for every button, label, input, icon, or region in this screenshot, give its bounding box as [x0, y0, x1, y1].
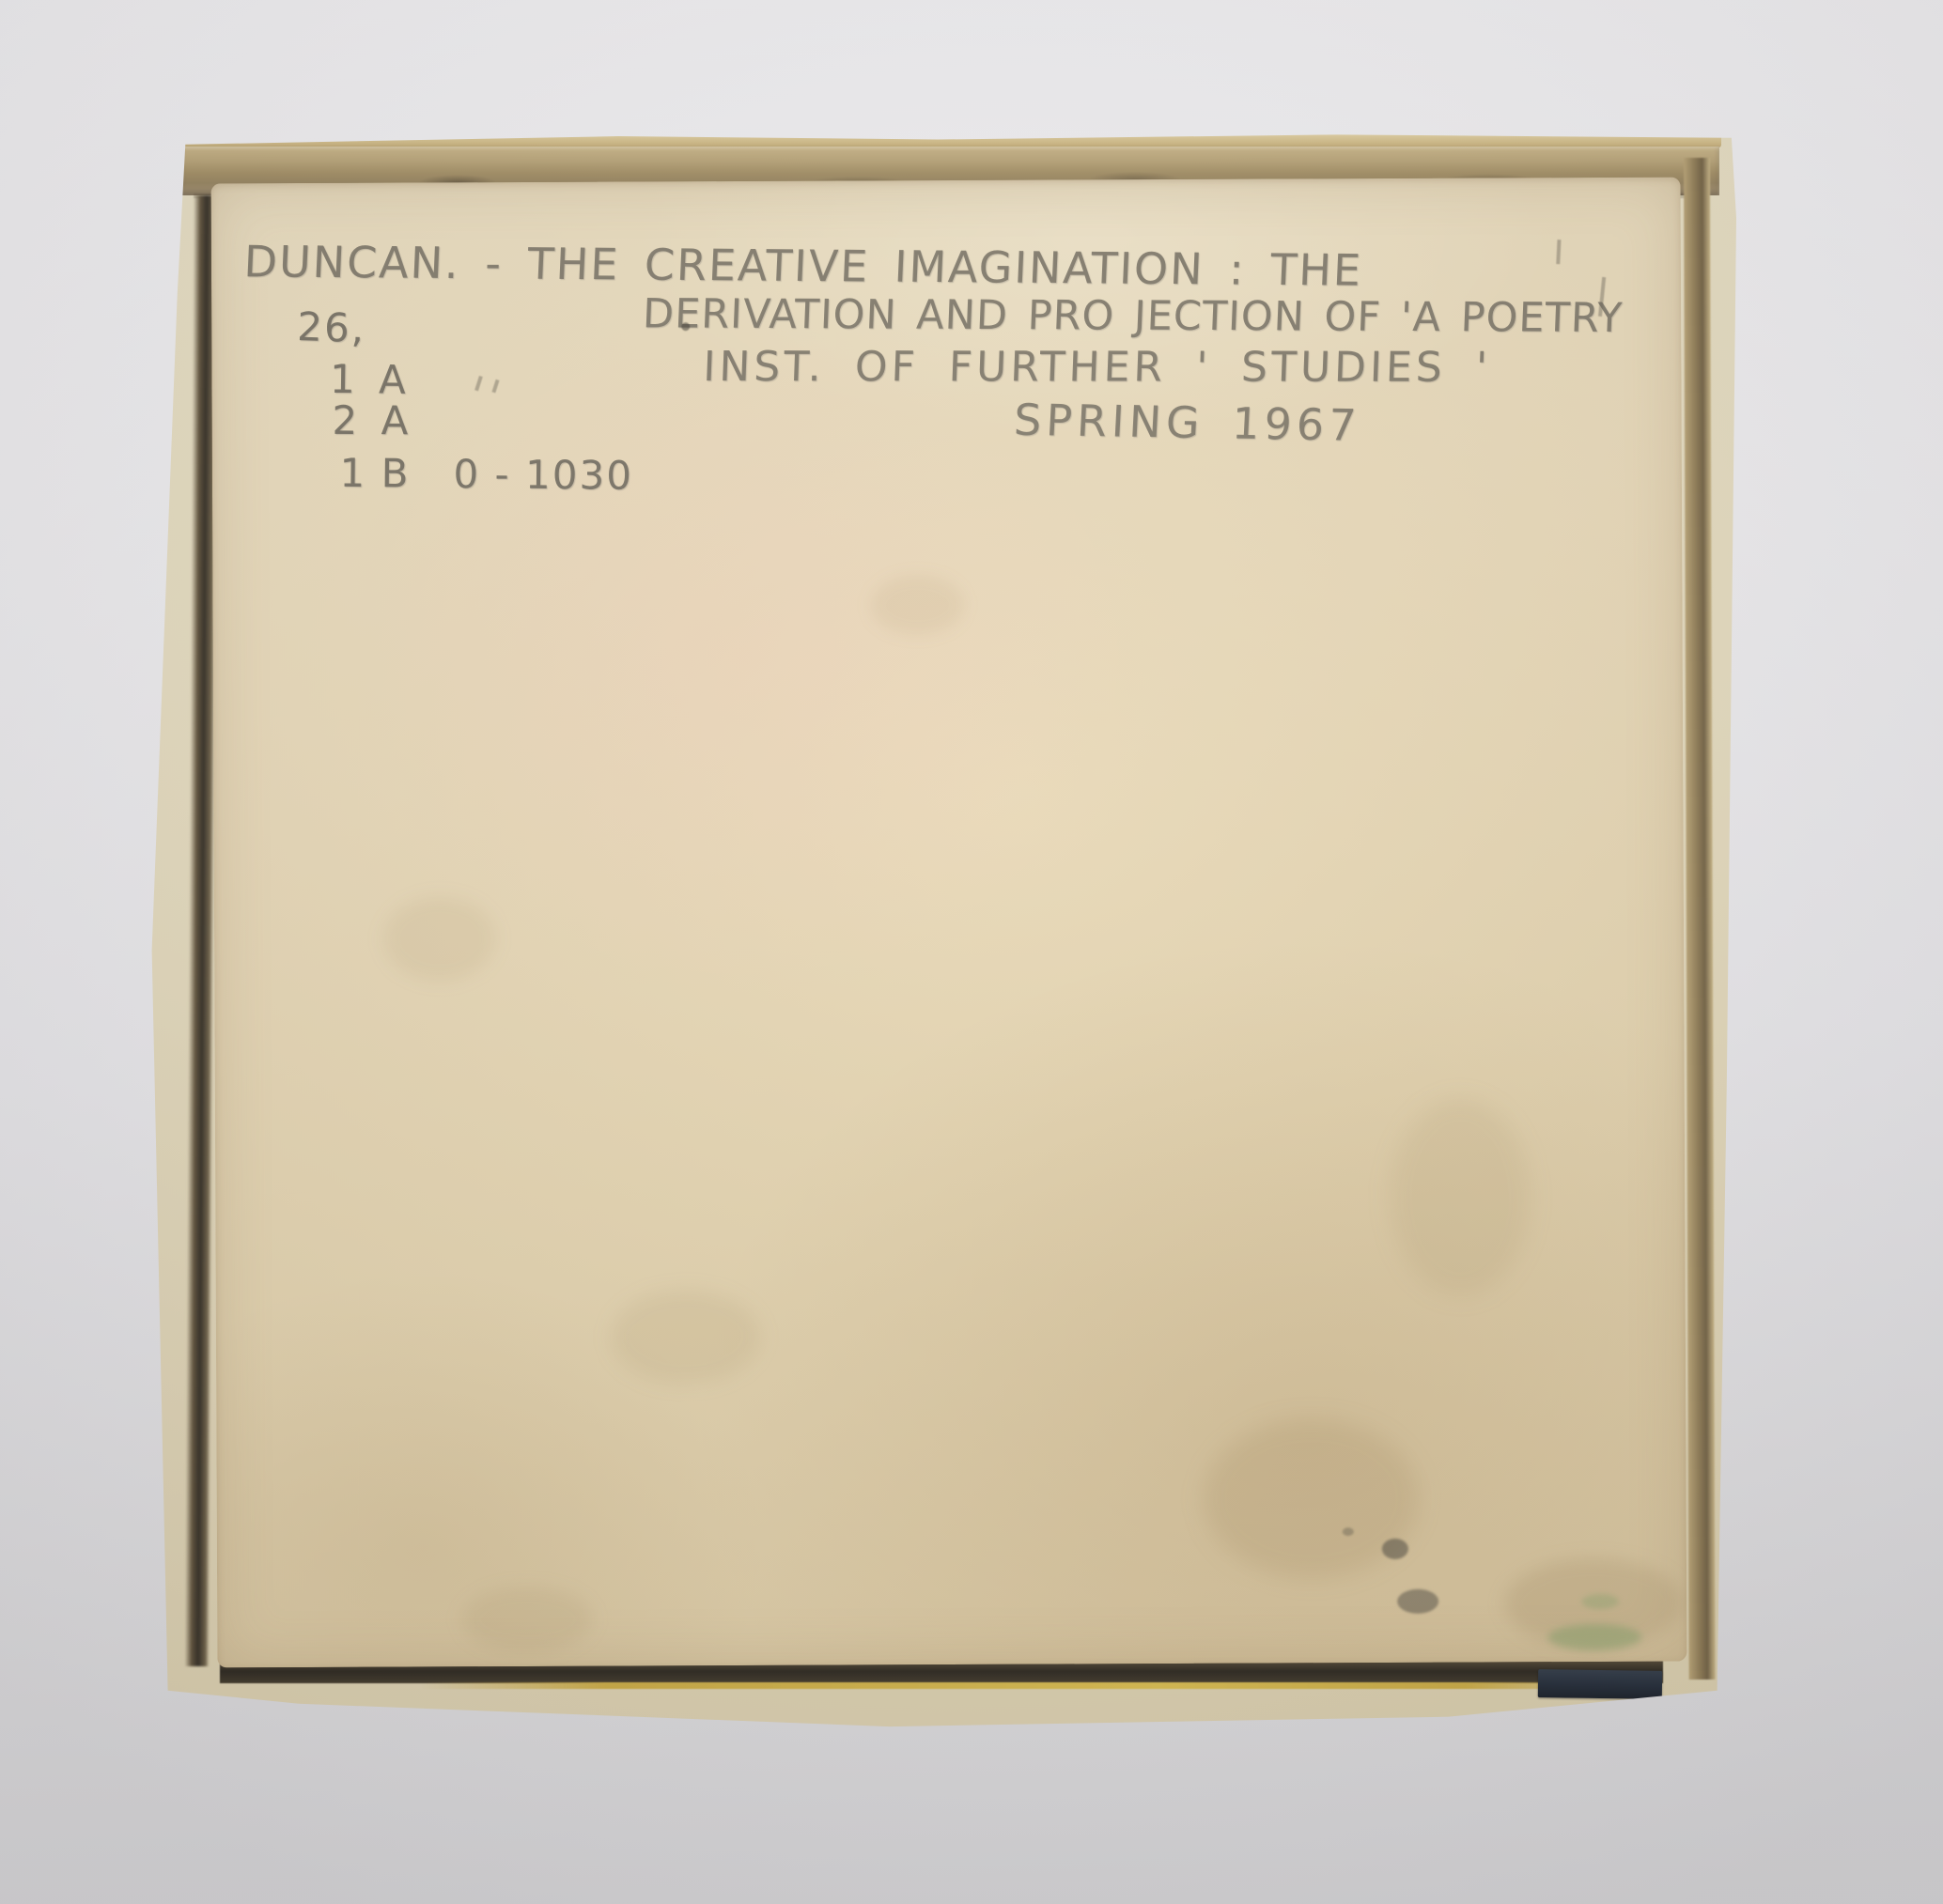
track-note-1b-counter: 1 B 0 - 1030 — [339, 450, 633, 499]
age-stain — [1203, 1418, 1420, 1579]
yellow-liner-sliver — [421, 1682, 1650, 1689]
inscription-title-line-2: DERIVATION AND PRO JECTION OF 'A POETRY — [642, 290, 1624, 342]
right-gap-shadow — [1684, 158, 1716, 1680]
age-stain — [1390, 1098, 1531, 1296]
pencil-smudge — [1382, 1539, 1408, 1559]
reel-number-note: 26, — [297, 303, 366, 351]
ditto-mark — [474, 376, 483, 391]
age-stain — [383, 896, 496, 982]
pencil-smudge — [1343, 1527, 1354, 1536]
inscription-title-line-3: INST. OF FURTHER ' STUDIES ' — [702, 343, 1491, 392]
photo-background: DUNCAN. - THE CREATIVE IMAGINATION : THE… — [0, 0, 1943, 1904]
tape-end-tab — [1538, 1669, 1662, 1699]
stray-pencil-mark — [1556, 240, 1561, 264]
inscription-title-line-1: DUNCAN. - THE CREATIVE IMAGINATION : THE — [242, 236, 1363, 295]
age-stain — [1504, 1558, 1683, 1649]
age-stain — [611, 1290, 761, 1385]
green-stain — [1581, 1594, 1619, 1609]
inscription-date-line: SPRING 1967 — [1013, 395, 1362, 451]
age-stain — [870, 575, 964, 635]
green-stain — [1547, 1624, 1641, 1650]
box-insert-card: DUNCAN. - THE CREATIVE IMAGINATION : THE… — [211, 178, 1687, 1668]
ditto-mark — [491, 379, 499, 394]
tape-box: DUNCAN. - THE CREATIVE IMAGINATION : THE… — [139, 105, 1736, 1740]
pencil-smudge — [1397, 1589, 1438, 1614]
track-note-2a: 2 A — [332, 397, 413, 443]
age-stain — [461, 1587, 593, 1653]
track-note-1a: 1 A — [330, 356, 412, 403]
